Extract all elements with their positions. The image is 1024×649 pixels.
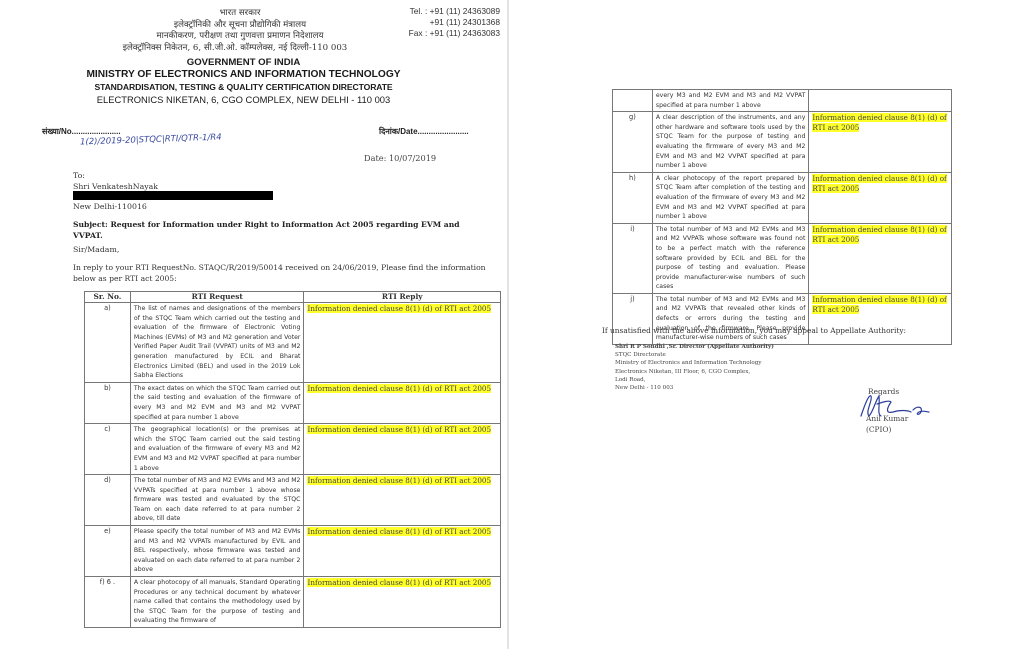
- sr-no-cell: i): [613, 223, 653, 293]
- appellate-authority-name: Shri R P Sondhi ,Sr. Director (Appellate…: [615, 343, 774, 351]
- sr-no-cell: f) 6 .: [85, 577, 131, 628]
- appeal-note: If unsatisfied with the above informatio…: [602, 326, 906, 335]
- authority-line: Electronics Niketan, III Floor, 6, CGO C…: [615, 368, 774, 376]
- highlighted-reply: Information denied clause 8(1) (d) of RT…: [307, 578, 491, 587]
- rti-request-cell: The total number of M3 and M2 EVMs and M…: [130, 475, 304, 526]
- highlighted-reply: Information denied clause 8(1) (d) of RT…: [812, 225, 946, 244]
- header-rti-reply: RTI Reply: [304, 292, 501, 303]
- table-row: i)The total number of M3 and M2 EVMs and…: [613, 223, 952, 293]
- rti-request-cell: A clear photocopy of all manuals, Standa…: [130, 577, 304, 628]
- appellate-authority-block: Shri R P Sondhi ,Sr. Director (Appellate…: [615, 343, 774, 392]
- salutation: Sir/Madam,: [73, 245, 119, 254]
- letter-date: Date: 10/07/2019: [364, 153, 436, 163]
- signatory-title: (CPIO): [866, 425, 891, 434]
- letterhead-hindi-line-1: भारत सरकार: [180, 6, 300, 18]
- rti-reply-cell: [809, 90, 952, 112]
- rti-request-cell: A clear photocopy of the report prepared…: [652, 172, 809, 223]
- letterhead-hindi-line-4: इलेक्ट्रॉनिक्स निकेतन, 6, सी.जी.ओ. कॉम्प…: [85, 41, 385, 53]
- authority-line: Ministry of Electronics and Information …: [615, 359, 774, 367]
- table-row: f) 6 .A clear photocopy of all manuals, …: [85, 577, 501, 628]
- letterhead-ministry: MINISTRY OF ELECTRONICS AND INFORMATION …: [0, 69, 497, 80]
- rti-reply-cell: Information denied clause 8(1) (d) of RT…: [809, 293, 952, 344]
- rti-reply-cell: Information denied clause 8(1) (d) of RT…: [304, 303, 501, 383]
- letterhead-contact: Tel. : +91 (11) 24363089 +91 (11) 243013…: [388, 6, 500, 39]
- redacted-address-bar: [73, 191, 273, 200]
- signature-block: Regards Anil Kumar (CPIO): [847, 382, 957, 442]
- table-row: a)The list of names and designations of …: [85, 303, 501, 383]
- rti-reply-cell: Information denied clause 8(1) (d) of RT…: [304, 424, 501, 475]
- header-sr-no: Sr. No.: [85, 292, 131, 303]
- rti-reply-cell: Information denied clause 8(1) (d) of RT…: [304, 382, 501, 423]
- table-row: c)The geographical location(s) or the pr…: [85, 424, 501, 475]
- recipient-to: To:: [73, 171, 158, 182]
- rti-table-page-1: Sr. No. RTI Request RTI Reply a)The list…: [84, 291, 501, 628]
- signatory-name: Anil Kumar: [866, 414, 908, 423]
- rti-request-cell: A clear description of the instruments, …: [652, 112, 809, 173]
- highlighted-reply: Information denied clause 8(1) (d) of RT…: [307, 527, 491, 536]
- letterhead-address: ELECTRONICS NIKETAN, 6, CGO COMPLEX, NEW…: [0, 94, 497, 105]
- reference-number-label: संख्या/No......................: [42, 126, 121, 137]
- authority-line: New Delhi - 110 003: [615, 384, 774, 392]
- telephone-1: Tel. : +91 (11) 24363089: [388, 6, 500, 17]
- date-label: दिनांक/Date.......................: [379, 126, 469, 137]
- table-row: h)A clear photocopy of the report prepar…: [613, 172, 952, 223]
- sr-no-cell: d): [85, 475, 131, 526]
- sr-no-cell: h): [613, 172, 653, 223]
- table-header-row: Sr. No. RTI Request RTI Reply: [85, 292, 501, 303]
- letterhead-hindi-line-3: मानकीकरण, परीक्षण तथा गुणवत्ता प्रमाणन न…: [110, 29, 370, 41]
- rti-request-cell: The total number of M3 and M2 EVMs and M…: [652, 293, 809, 344]
- recipient-block: To: Shri VenkateshNayak: [73, 171, 158, 192]
- rti-table-page-2: every M3 and M2 EVM and M3 and M2 VVPAT …: [612, 89, 952, 345]
- table-row: e)Please specify the total number of M3 …: [85, 526, 501, 577]
- rti-request-cell: The list of names and designations of th…: [130, 303, 304, 383]
- sr-no-cell: e): [85, 526, 131, 577]
- header-rti-request: RTI Request: [130, 292, 304, 303]
- table-row: g)A clear description of the instruments…: [613, 112, 952, 173]
- letterhead-directorate: STANDARDISATION, TESTING & QUALITY CERTI…: [0, 82, 497, 92]
- sr-no-cell: j): [613, 293, 653, 344]
- rti-reply-cell: Information denied clause 8(1) (d) of RT…: [304, 526, 501, 577]
- sr-no-cell: b): [85, 382, 131, 423]
- document-page-1: भारत सरकार इलेक्ट्रॉनिकी और सूचना प्रौद्…: [0, 0, 507, 649]
- sr-no-cell: g): [613, 112, 653, 173]
- table-row: j)The total number of M3 and M2 EVMs and…: [613, 293, 952, 344]
- highlighted-reply: Information denied clause 8(1) (d) of RT…: [812, 113, 946, 132]
- document-page-2: every M3 and M2 EVM and M3 and M2 VVPAT …: [509, 0, 1024, 649]
- highlighted-reply: Information denied clause 8(1) (d) of RT…: [812, 174, 946, 193]
- rti-reply-cell: Information denied clause 8(1) (d) of RT…: [809, 223, 952, 293]
- telephone-2: +91 (11) 24301368: [388, 17, 500, 28]
- rti-reply-cell: Information denied clause 8(1) (d) of RT…: [304, 577, 501, 628]
- rti-request-cell: Please specify the total number of M3 an…: [130, 526, 304, 577]
- rti-reply-cell: Information denied clause 8(1) (d) of RT…: [809, 112, 952, 173]
- sr-no-cell: a): [85, 303, 131, 383]
- fax-number: Fax : +91 (11) 24363083: [388, 28, 500, 39]
- recipient-city: New Delhi-110016: [73, 202, 147, 211]
- rti-request-cell: The total number of M3 and M2 EVMs and M…: [652, 223, 809, 293]
- sr-no-cell: c): [85, 424, 131, 475]
- rti-request-cell: The exact dates on which the STQC Team c…: [130, 382, 304, 423]
- table-row: b)The exact dates on which the STQC Team…: [85, 382, 501, 423]
- intro-paragraph: In reply to your RTI RequestNo. STAQC/R/…: [73, 263, 493, 284]
- authority-line: STQC Directorate: [615, 351, 774, 359]
- rti-reply-cell: Information denied clause 8(1) (d) of RT…: [809, 172, 952, 223]
- subject-line: Subject: Request for Information under R…: [73, 220, 473, 241]
- authority-line: Lodi Road,: [615, 376, 774, 384]
- table-row: every M3 and M2 EVM and M3 and M2 VVPAT …: [613, 90, 952, 112]
- highlighted-reply: Information denied clause 8(1) (d) of RT…: [307, 425, 491, 434]
- highlighted-reply: Information denied clause 8(1) (d) of RT…: [307, 384, 491, 393]
- rti-request-cell: The geographical location(s) or the prem…: [130, 424, 304, 475]
- table-row: d)The total number of M3 and M2 EVMs and…: [85, 475, 501, 526]
- rti-reply-cell: Information denied clause 8(1) (d) of RT…: [304, 475, 501, 526]
- rti-request-cell: every M3 and M2 EVM and M3 and M2 VVPAT …: [652, 90, 809, 112]
- letterhead-government: GOVERNMENT OF INDIA: [0, 57, 497, 68]
- highlighted-reply: Information denied clause 8(1) (d) of RT…: [307, 304, 491, 313]
- highlighted-reply: Information denied clause 8(1) (d) of RT…: [307, 476, 491, 485]
- sr-no-cell: [613, 90, 653, 112]
- highlighted-reply: Information denied clause 8(1) (d) of RT…: [812, 295, 946, 314]
